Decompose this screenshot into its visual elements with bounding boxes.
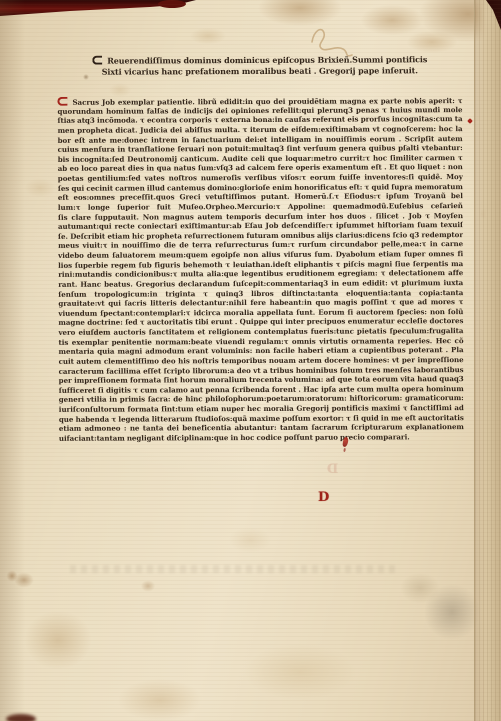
verso-show-through (70, 565, 400, 573)
signature-mark: D (318, 490, 329, 505)
page-photo: Reuerendiſſimus dominus dominicus epiſco… (0, 0, 501, 721)
capitulum-icon (57, 97, 67, 106)
printed-header: Reuerendiſſimus dominus dominicus epiſco… (57, 54, 462, 77)
header-text-1: Reuerendiſſimus dominus dominicus epiſco… (107, 54, 427, 65)
binding-edge (0, 0, 501, 34)
header-line-2: Sixti vicarius hanc prefationem moralibu… (57, 65, 462, 77)
fore-edge-pages (474, 0, 501, 721)
text-line: uifaciant:tantam negligant diſciplinam:q… (59, 432, 464, 443)
header-text-2: Sixti vicarius hanc prefationem moralibu… (102, 65, 418, 76)
binding-corner-spot (6, 714, 36, 721)
body-text: Sacrus Job exemplar patientie. librũ edi… (57, 95, 464, 443)
signature-mark-ghost: D (327, 462, 338, 477)
capitulum-icon (92, 56, 102, 65)
